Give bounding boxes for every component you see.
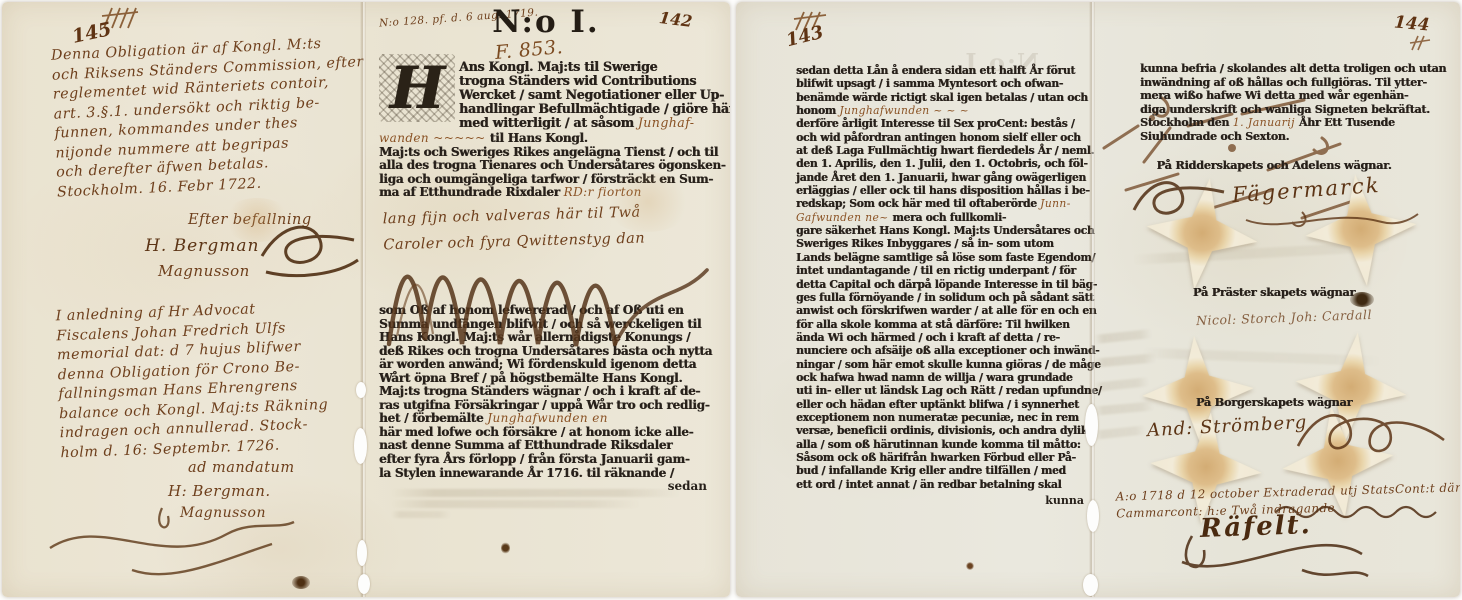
handwritten-segment: Junghafwunden ~ ~ ~ xyxy=(839,104,969,117)
handwritten-segment: 1. Januarij xyxy=(1233,116,1299,129)
ink-stain xyxy=(966,562,974,570)
text-line: diga underskrift och wanliga Signeten be… xyxy=(1140,103,1434,117)
text-line: Wercket / samt Negotiationer eller Up- xyxy=(459,88,717,102)
ink-blot xyxy=(1350,292,1374,307)
paper-tear xyxy=(356,382,366,398)
text-line: at deß Laga Fullmächtig hwart fierdedels… xyxy=(796,144,1088,157)
printed-segment: het / förbemälte xyxy=(379,411,487,425)
text-line: derföre årligit Interesse til Sex proCen… xyxy=(796,117,1088,130)
signature-flourish-icon xyxy=(1292,400,1452,464)
text-line: Lands belägne samtlige så löse som faste… xyxy=(796,251,1088,264)
handwritten-segment: Gafwunden ne~ xyxy=(796,211,892,224)
text-line: benämde wärde rictigt skal igen betalas … xyxy=(796,91,1088,104)
printed-segment: til Hans Kongl. xyxy=(490,131,588,145)
text-line: versæ, beneficii ordinis, divisionis, oc… xyxy=(796,424,1088,437)
page-number: 143 xyxy=(784,22,826,51)
paper-tear xyxy=(1085,404,1098,446)
text-line: Wårt öpna Bref / på högstbemälte Hans Ko… xyxy=(379,372,713,386)
document-title: N:o I. xyxy=(373,4,719,40)
text-line: erläggias / eller ock til hans dispositi… xyxy=(796,184,1088,197)
text-line: wanden ~~~~~ til Hans Kongl. xyxy=(379,132,713,146)
text-line: ges fulla förnöyande / in solidum och på… xyxy=(796,291,1088,304)
ink-bleedthrough xyxy=(1094,425,1147,439)
text-line: Siuhundrade och Sexton. xyxy=(1140,130,1434,144)
printed-segment: redskap; Som ock här med til oftaberörde xyxy=(796,197,1040,210)
text-line: Sweriges Rikes Inbyggares / så in- som u… xyxy=(796,237,1088,250)
signature-clergy: Nicol: Storch Joh: Cardall xyxy=(1132,305,1436,331)
note-1726-closing: ad mandatum xyxy=(188,460,295,476)
text-line: Gafwunden ne~ mera och fullkomli- xyxy=(796,211,1088,224)
text-line: är worden anwänd; Wi fördenskuld igenom … xyxy=(379,358,713,372)
text-line: blifwit upsagt / i samma Myntesort och o… xyxy=(796,77,1088,90)
text-line: ras utgifna Försäkringar / uppå Wår tro … xyxy=(379,399,713,413)
printed-segment: med witterligit / at såsom xyxy=(459,115,638,130)
text-line: detta Capital och därpå löpande Interess… xyxy=(796,278,1088,291)
paper-tear xyxy=(358,574,370,594)
printed-segment: mera och fullkomli- xyxy=(892,211,1006,224)
text-line: alla / som oß härutinnan kunde komma til… xyxy=(796,438,1088,451)
text-line: nast denne Summa af Etthundrade Riksdale… xyxy=(379,439,713,453)
signature-flourish-icon xyxy=(1128,170,1228,222)
text-line: sedan detta Lån å endera sidan ett halft… xyxy=(796,64,1088,77)
handwritten-segment: Junghaf- xyxy=(638,115,695,130)
text-line: exceptionem non numeratæ pecuniæ, nec in… xyxy=(796,411,1088,424)
pen-flourish-icon xyxy=(42,500,302,588)
ink-bleedthrough xyxy=(391,489,681,497)
printed-body-top: Ans Kongl. Maj:ts til Swerigetrogna Stän… xyxy=(459,60,717,130)
text-line: Stockholm den 1. Januarij Åhr Ett Tusend… xyxy=(1140,116,1434,130)
text-line: uti in- eller ut ländsk Lag och Rätt / r… xyxy=(796,384,1088,397)
printed-body: kunna befria / skolandes alt detta troli… xyxy=(1140,62,1434,144)
text-line: ock hafwa hwad namn de willja / wara gru… xyxy=(796,371,1088,384)
page-144: 144 kunna befria / skolandes alt detta t… xyxy=(1092,2,1460,597)
text-line: eller och hädan efter uptänkt blifwa / i… xyxy=(796,398,1088,411)
text-line: bud / infallande Krig eller andre tilfäl… xyxy=(796,464,1088,477)
text-line: ett ord / intet annat / än redbar betaln… xyxy=(796,478,1088,491)
text-line: Såsom ock oß härifrån hwarken Förbud ell… xyxy=(796,451,1088,464)
signature-magnusson-1722: Magnusson xyxy=(158,262,250,280)
text-line: här med lofwe och försäkre / at honom ic… xyxy=(379,426,713,440)
text-line: med witterligit / at såsom Junghaf- xyxy=(459,116,717,130)
text-line: och wid påfordran antingen honom sielf e… xyxy=(796,131,1088,144)
page-143: 143 N:o I. sedan detta Lån å endera sida… xyxy=(756,2,1092,597)
text-line: honom Junghafwunden ~ ~ ~ xyxy=(796,104,1088,117)
text-line: trogna Ständers wid Contributions xyxy=(459,74,717,88)
paper-tear xyxy=(1087,500,1099,532)
handwritten-segment: Junghafwunden en xyxy=(487,411,608,425)
text-line: ningar / som här emot skulle kunna giöra… xyxy=(796,358,1088,371)
printed-segment: Stockholm den xyxy=(1140,116,1233,129)
text-line: kunna befria / skolandes alt detta troli… xyxy=(1140,62,1434,76)
text-line: mera wißo hafwe Wi detta med wår egenhän… xyxy=(1140,89,1434,103)
printed-segment: Åhr Ett Tusende xyxy=(1299,116,1395,129)
sheet-right: 143 N:o I. sedan detta Lån å endera sida… xyxy=(736,2,1460,597)
text-line: intet undantagande / til en rictig under… xyxy=(796,264,1088,277)
text-line: Maj:ts trogna Ständers wägnar / och i kr… xyxy=(379,385,713,399)
text-line: gare säkerhet Hans Kongl. Maj:ts Underså… xyxy=(796,224,1088,237)
text-line: la Stylen innewarande År 1716. til räkna… xyxy=(379,467,713,481)
paper-tear xyxy=(1083,574,1098,596)
signature-underline-icon xyxy=(1242,206,1422,236)
paper-stain xyxy=(222,198,292,242)
ink-bleedthrough xyxy=(391,500,641,508)
document-scan: 145 Denna Obligation är af Kongl. M:tsoc… xyxy=(0,0,1462,600)
catchword: kunna xyxy=(1045,494,1084,507)
text-line: den 1. Aprilis, den 1. Julii, den 1. Oct… xyxy=(796,157,1088,170)
text-line: ända Wi och härmed / och i kraft af dett… xyxy=(796,331,1088,344)
pen-marks-icon xyxy=(1408,34,1434,52)
ink-bleedthrough xyxy=(391,511,451,518)
printed-segment: honom xyxy=(796,104,839,117)
text-line: efter fyra Års förlopp / från första Jan… xyxy=(379,453,713,467)
page-142: N:o 128. pf. d. 6 aug. 1719. 142 N:o I. … xyxy=(373,2,719,597)
initial-letter: H xyxy=(390,59,445,117)
text-line: redskap; Som ock här med til oftaberörde… xyxy=(796,197,1088,210)
text-line: nunciere och afsäije oß alla exceptioner… xyxy=(796,344,1088,357)
text-line: het / förbemälte Junghafwunden en xyxy=(379,412,713,426)
ink-stain xyxy=(292,576,310,589)
sheet-left: 145 Denna Obligation är af Kongl. M:tsoc… xyxy=(2,2,730,597)
text-line: handlingar Befullmächtigade / giöre här xyxy=(459,102,717,116)
paper-stain xyxy=(603,172,693,232)
ornate-initial: H xyxy=(379,54,455,122)
text-line: alla des trogna Tienares och Undersåtare… xyxy=(379,159,713,173)
ink-stain xyxy=(501,542,510,554)
handwritten-segment: wanden ~~~~~ xyxy=(379,131,490,145)
text-line: för alla skole komma at stå därföre: Til… xyxy=(796,318,1088,331)
paper-tear xyxy=(354,428,367,464)
printed-segment: ma af Etthundrade Rixdaler xyxy=(379,185,564,199)
text-line: inwändning af oß hållas och fullgiöras. … xyxy=(1140,76,1434,90)
page-number: 144 xyxy=(1393,12,1430,35)
text-line: Ans Kongl. Maj:ts til Swerige xyxy=(459,60,717,74)
cancellation-strokes-icon xyxy=(377,240,713,354)
handwritten-segment: Junn- xyxy=(1040,197,1071,210)
page-145: 145 Denna Obligation är af Kongl. M:tsoc… xyxy=(2,2,362,597)
printed-body: sedan detta Lån å endera sidan ett halft… xyxy=(796,64,1088,491)
text-line: anwist och förskrifwen warder / at alle … xyxy=(796,304,1088,317)
signature-bergman-1726: H: Bergman. xyxy=(168,482,271,500)
signature-flourish-icon xyxy=(1162,506,1382,584)
text-line: jande Året den 1. Januarii, hwar gång ow… xyxy=(796,171,1088,184)
paper-tear xyxy=(357,540,367,566)
center-fold-left-sheet xyxy=(360,2,366,597)
handwritten-note-1726: I anledning af Hr AdvocatFiscalens Johan… xyxy=(55,297,365,464)
handwritten-note-1722: Denna Obligation är af Kongl. M:tsoch Ri… xyxy=(51,33,363,202)
heading-clergy: På Präster skapets wägnar xyxy=(1122,285,1426,299)
